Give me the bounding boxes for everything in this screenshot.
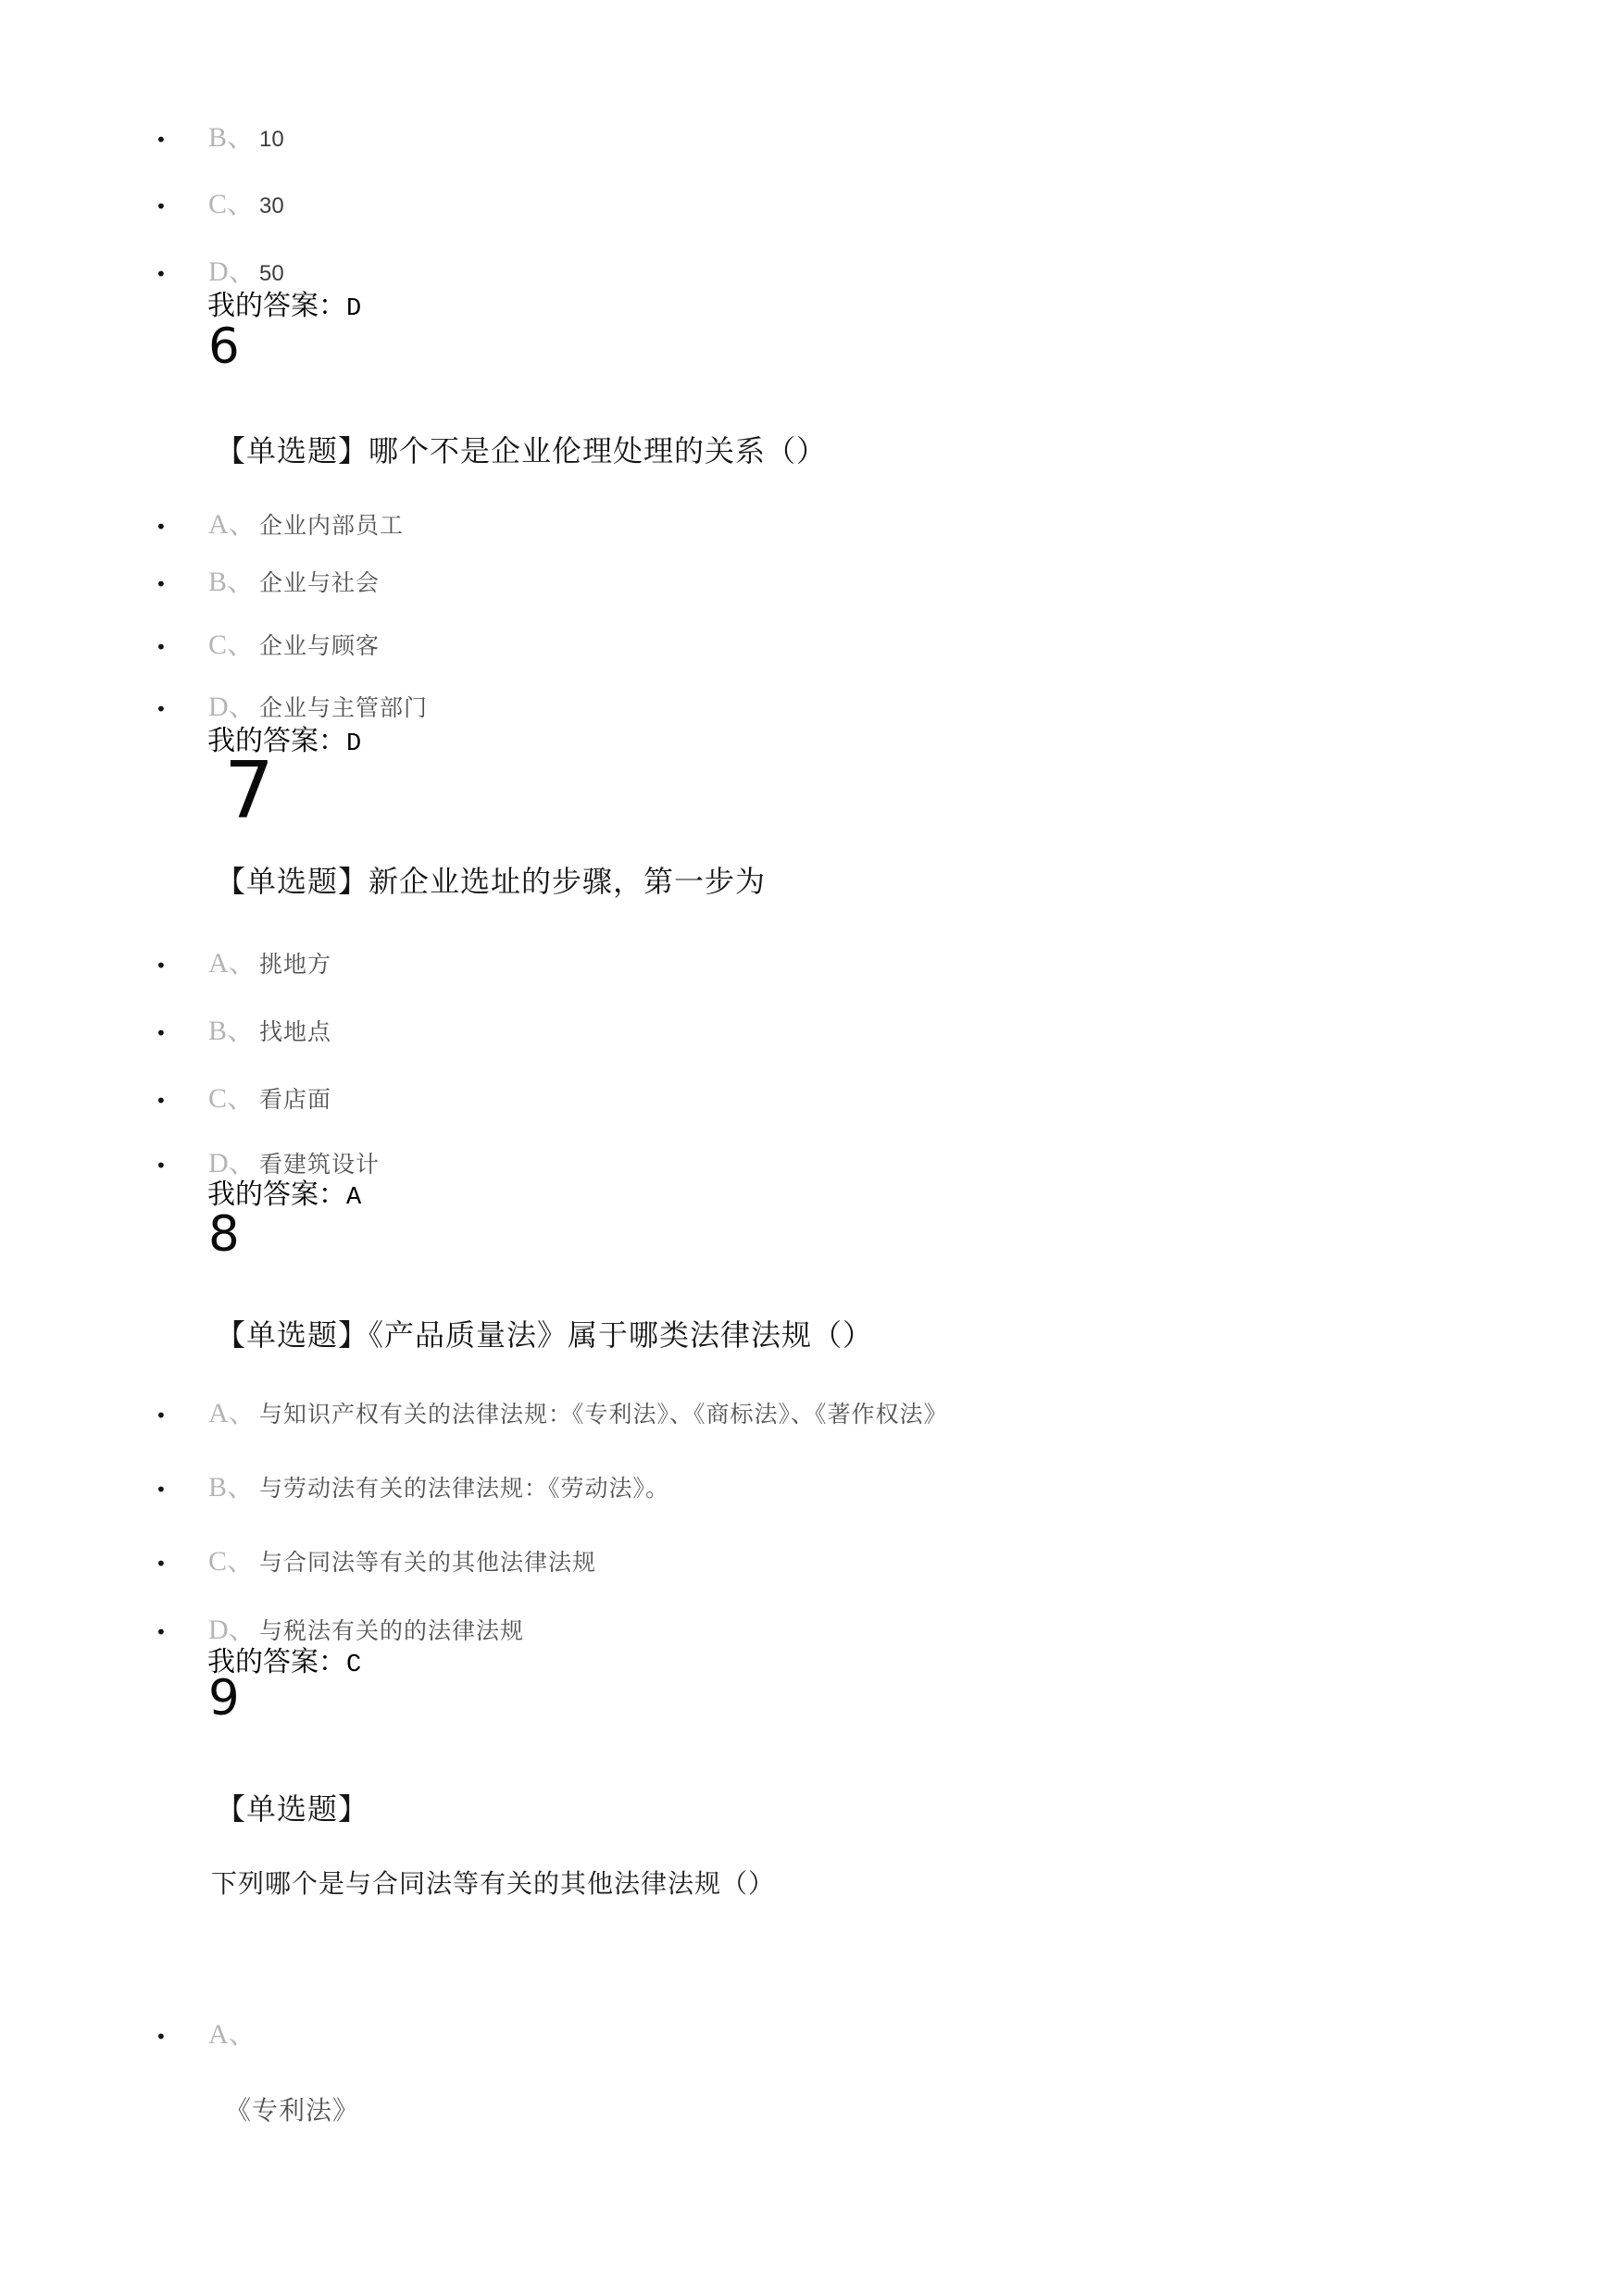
question-title: 【单选题】新企业选址的步骤，第一步为	[216, 863, 766, 902]
question-number: 6	[208, 322, 240, 371]
option-letter: D、	[208, 1147, 259, 1180]
bullet-icon: •	[156, 1478, 208, 1501]
option-row: • D、 看建筑设计	[156, 1147, 380, 1180]
option-text: 企业与主管部门	[259, 695, 428, 723]
option-row: • A、	[156, 2018, 259, 2052]
option-row: • A、 企业内部员工	[156, 508, 404, 542]
question-title-text: 下列哪个是与合同法等有关的其他法律法规（）	[211, 1868, 775, 1902]
question-type-tag: 【单选题】	[216, 1318, 369, 1352]
option-text: 与税法有关的的法律法规	[259, 1618, 524, 1646]
my-answer-value: D	[346, 730, 361, 758]
bullet-icon: •	[156, 698, 208, 720]
question-title: 【单选题】《产品质量法》属于哪类法律法规（）	[216, 1316, 873, 1355]
option-row: • A、 与知识产权有关的法律法规：《专利法》、《商标法》、《著作权法》	[156, 1397, 948, 1430]
option-letter: B、	[208, 566, 259, 599]
option-letter: C、	[208, 629, 259, 662]
option-row: • C、 与合同法等有关的其他法律法规	[156, 1545, 596, 1578]
bullet-icon: •	[156, 1404, 208, 1427]
option-letter: A、	[208, 947, 259, 980]
question-title: 【单选题】哪个不是企业伦理处理的关系（）	[216, 432, 827, 471]
bullet-icon: •	[156, 1553, 208, 1575]
bullet-icon: •	[156, 516, 208, 538]
option-letter: A、	[208, 1397, 259, 1430]
option-letter: D、	[208, 256, 259, 289]
option-letter: B、	[208, 1471, 259, 1504]
quiz-document: • B、 10 • C、 30 • D、 50 我的答案：D 6 【单选题】哪个…	[0, 0, 1624, 2295]
option-text: 50	[259, 261, 284, 288]
option-text: 企业与社会	[259, 570, 380, 598]
option-row: • C、 企业与顾客	[156, 629, 380, 662]
option-text: 企业内部员工	[259, 513, 404, 541]
option-row: • B、 企业与社会	[156, 566, 380, 599]
option-letter: D、	[208, 1614, 259, 1647]
question-type-tag: 【单选题】	[216, 1790, 369, 1829]
option-row: • D、 企业与主管部门	[156, 691, 428, 724]
question-title-text: 新企业选址的步骤，第一步为	[369, 865, 766, 898]
option-row: • B、 与劳动法有关的法律法规：《劳动法》。	[156, 1471, 669, 1504]
option-letter: B、	[208, 121, 259, 155]
option-letter: C、	[208, 188, 259, 221]
question-number: 8	[208, 1210, 240, 1259]
option-text: 找地点	[259, 1019, 331, 1047]
option-row: • D、 50	[156, 256, 284, 289]
bullet-icon: •	[156, 129, 208, 151]
option-row: • B、 10	[156, 121, 284, 155]
option-row: • C、 30	[156, 188, 284, 221]
option-letter: C、	[208, 1082, 259, 1116]
bullet-icon: •	[156, 573, 208, 595]
bullet-icon: •	[156, 1154, 208, 1177]
option-text: 与知识产权有关的法律法规：《专利法》、《商标法》、《著作权法》	[259, 1402, 948, 1429]
option-row: • A、 挑地方	[156, 947, 331, 980]
option-text: 看店面	[259, 1087, 331, 1115]
question-title-text: 哪个不是企业伦理处理的关系（）	[369, 434, 827, 468]
option-text: 《专利法》	[225, 2095, 359, 2128]
option-letter: D、	[208, 691, 259, 724]
bullet-icon: •	[156, 2026, 208, 2048]
option-text: 10	[259, 127, 284, 154]
bullet-icon: •	[156, 263, 208, 285]
option-row: • B、 找地点	[156, 1015, 331, 1048]
option-text: 30	[259, 193, 284, 220]
question-title-text: 《产品质量法》属于哪类法律法规（）	[369, 1318, 873, 1352]
my-answer-value: D	[346, 295, 361, 323]
bullet-icon: •	[156, 954, 208, 977]
bullet-icon: •	[156, 1022, 208, 1044]
option-text: 与劳动法有关的法律法规：《劳动法》。	[259, 1476, 669, 1503]
option-letter: B、	[208, 1015, 259, 1048]
question-type-tag-text: 【单选题】	[216, 1792, 369, 1826]
question-type-tag: 【单选题】	[216, 865, 369, 898]
question-type-tag: 【单选题】	[216, 434, 369, 468]
bullet-icon: •	[156, 195, 208, 218]
option-text: 与合同法等有关的其他法律法规	[259, 1550, 596, 1578]
question-number: 9	[208, 1674, 240, 1723]
my-answer-value: C	[346, 1652, 361, 1679]
option-letter: A、	[208, 508, 259, 542]
option-row: • C、 看店面	[156, 1082, 331, 1116]
option-text: 看建筑设计	[259, 1152, 380, 1179]
option-row: • D、 与税法有关的的法律法规	[156, 1614, 524, 1647]
bullet-icon: •	[156, 1621, 208, 1643]
bullet-icon: •	[156, 1090, 208, 1112]
option-text: 挑地方	[259, 952, 331, 979]
option-letter: A、	[208, 2018, 259, 2052]
bullet-icon: •	[156, 636, 208, 658]
my-answer-label: 我的答案：	[207, 291, 346, 321]
my-answer-value: A	[346, 1184, 361, 1212]
option-letter: C、	[208, 1545, 259, 1578]
question-number: 7	[224, 752, 274, 830]
option-text: 企业与顾客	[259, 633, 380, 661]
